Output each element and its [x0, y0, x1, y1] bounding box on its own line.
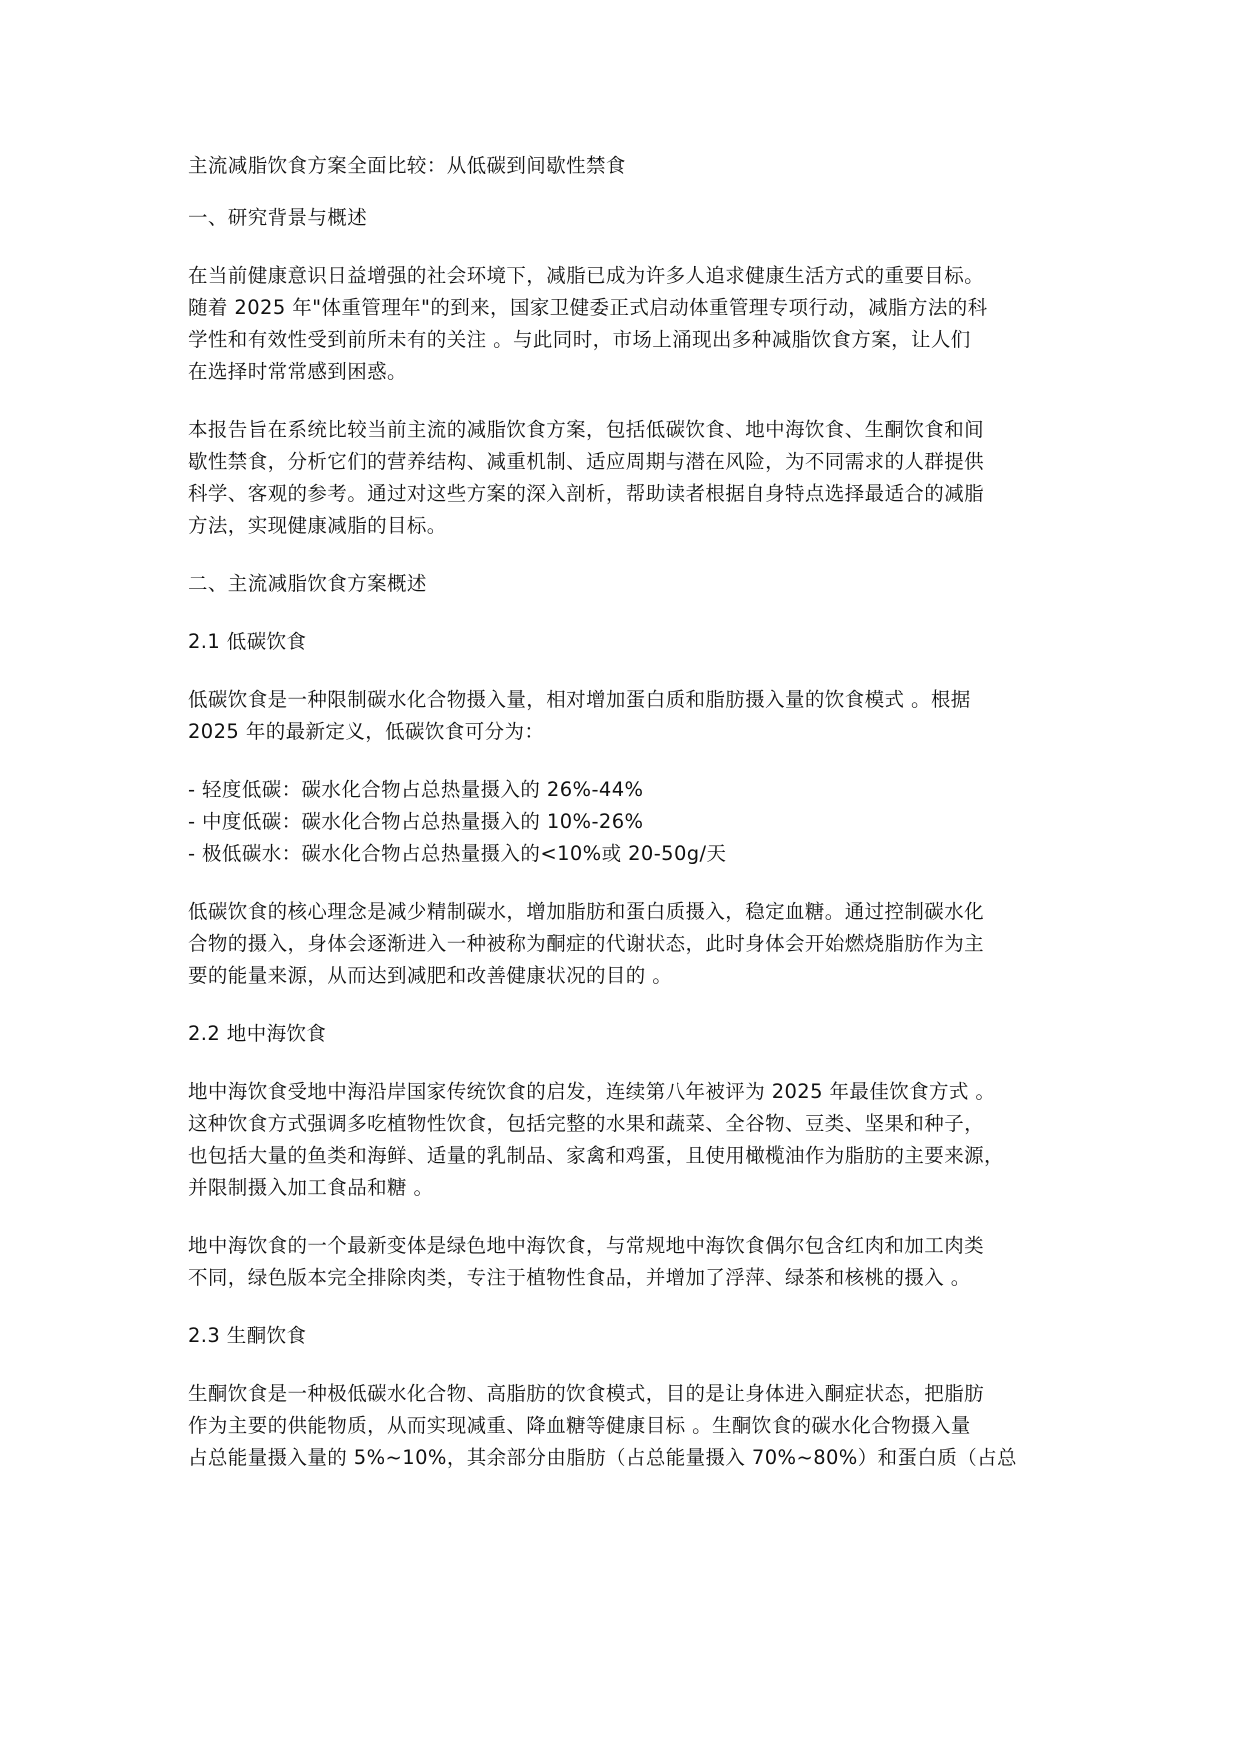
paragraph-line: 这种饮食方式强调多吃植物性饮食，包括完整的水果和蔬菜、全谷物、豆类、坚果和种子，: [188, 1108, 1058, 1140]
paragraph-low-carb-principle: 低碳饮食的核心理念是减少精制碳水，增加脂肪和蛋白质摄入，稳定血糖。通过控制碳水化…: [188, 896, 1058, 992]
low-carb-levels-list: - 轻度低碳：碳水化合物占总热量摄入的 26%-44% - 中度低碳：碳水化合物…: [188, 774, 1058, 870]
paragraph-line: 歇性禁食，分析它们的营养结构、减重机制、适应周期与潜在风险，为不同需求的人群提供: [188, 446, 1058, 478]
paragraph-line: 学性和有效性受到前所未有的关注 。与此同时，市场上涌现出多种减脂饮食方案，让人们: [188, 324, 1058, 356]
paragraph-purpose: 本报告旨在系统比较当前主流的减脂饮食方案，包括低碳饮食、地中海饮食、生酮饮食和间…: [188, 414, 1058, 542]
paragraph-line: 作为主要的供能物质，从而实现减重、降血糖等健康目标 。生酮饮食的碳水化合物摄入量: [188, 1410, 1058, 1442]
paragraph-mediterranean-intro: 地中海饮食受地中海沿岸国家传统饮食的启发，连续第八年被评为 2025 年最佳饮食…: [188, 1076, 1058, 1204]
paragraph-line: 合物的摄入，身体会逐渐进入一种被称为酮症的代谢状态，此时身体会开始燃烧脂肪作为主: [188, 928, 1058, 960]
paragraph-line: 低碳饮食的核心理念是减少精制碳水，增加脂肪和蛋白质摄入，稳定血糖。通过控制碳水化: [188, 896, 1058, 928]
paragraph-line: 要的能量来源，从而达到减肥和改善健康状况的目的 。: [188, 960, 1058, 992]
subsection-heading-mediterranean: 2.2 地中海饮食: [188, 1018, 1058, 1050]
list-item: - 轻度低碳：碳水化合物占总热量摄入的 26%-44%: [188, 774, 1058, 806]
paragraph-line: 随着 2025 年"体重管理年"的到来，国家卫健委正式启动体重管理专项行动，减脂…: [188, 292, 1058, 324]
paragraph-line: 方法，实现健康减脂的目标。: [188, 510, 1058, 542]
paragraph-line: 并限制摄入加工食品和糖 。: [188, 1172, 1058, 1204]
subsection-heading-ketogenic: 2.3 生酮饮食: [188, 1320, 1058, 1352]
paragraph-background: 在当前健康意识日益增强的社会环境下，减脂已成为许多人追求健康生活方式的重要目标。…: [188, 260, 1058, 388]
paragraph-line: 科学、客观的参考。通过对这些方案的深入剖析，帮助读者根据自身特点选择最适合的减脂: [188, 478, 1058, 510]
paragraph-line: 不同，绿色版本完全排除肉类，专注于植物性食品，并增加了浮萍、绿茶和核桃的摄入 。: [188, 1262, 1058, 1294]
paragraph-line: 低碳饮食是一种限制碳水化合物摄入量，相对增加蛋白质和脂肪摄入量的饮食模式 。根据: [188, 684, 1058, 716]
paragraph-line: 本报告旨在系统比较当前主流的减脂饮食方案，包括低碳饮食、地中海饮食、生酮饮食和间: [188, 414, 1058, 446]
document-page: 主流减脂饮食方案全面比较：从低碳到间歇性禁食 一、研究背景与概述 在当前健康意识…: [188, 150, 1058, 1474]
paragraph-ketogenic-intro: 生酮饮食是一种极低碳水化合物、高脂肪的饮食模式，目的是让身体进入酮症状态，把脂肪…: [188, 1378, 1058, 1474]
document-title: 主流减脂饮食方案全面比较：从低碳到间歇性禁食: [188, 150, 1058, 182]
list-item: - 极低碳水：碳水化合物占总热量摄入的<10%或 20-50g/天: [188, 838, 1058, 870]
list-item: - 中度低碳：碳水化合物占总热量摄入的 10%-26%: [188, 806, 1058, 838]
paragraph-low-carb-intro: 低碳饮食是一种限制碳水化合物摄入量，相对增加蛋白质和脂肪摄入量的饮食模式 。根据…: [188, 684, 1058, 748]
paragraph-line: 在选择时常常感到困惑。: [188, 356, 1058, 388]
section-heading-background: 一、研究背景与概述: [188, 202, 1058, 234]
section-heading-overview: 二、主流减脂饮食方案概述: [188, 568, 1058, 600]
paragraph-line: 在当前健康意识日益增强的社会环境下，减脂已成为许多人追求健康生活方式的重要目标。: [188, 260, 1058, 292]
paragraph-line: 2025 年的最新定义，低碳饮食可分为：: [188, 716, 1058, 748]
paragraph-line: 地中海饮食的一个最新变体是绿色地中海饮食，与常规地中海饮食偶尔包含红肉和加工肉类: [188, 1230, 1058, 1262]
paragraph-line: 占总能量摄入量的 5%~10%，其余部分由脂肪（占总能量摄入 70%~80%）和…: [188, 1442, 1058, 1474]
paragraph-line: 地中海饮食受地中海沿岸国家传统饮食的启发，连续第八年被评为 2025 年最佳饮食…: [188, 1076, 1058, 1108]
paragraph-green-mediterranean: 地中海饮食的一个最新变体是绿色地中海饮食，与常规地中海饮食偶尔包含红肉和加工肉类…: [188, 1230, 1058, 1294]
paragraph-line: 也包括大量的鱼类和海鲜、适量的乳制品、家禽和鸡蛋，且使用橄榄油作为脂肪的主要来源…: [188, 1140, 1058, 1172]
subsection-heading-low-carb: 2.1 低碳饮食: [188, 626, 1058, 658]
paragraph-line: 生酮饮食是一种极低碳水化合物、高脂肪的饮食模式，目的是让身体进入酮症状态，把脂肪: [188, 1378, 1058, 1410]
